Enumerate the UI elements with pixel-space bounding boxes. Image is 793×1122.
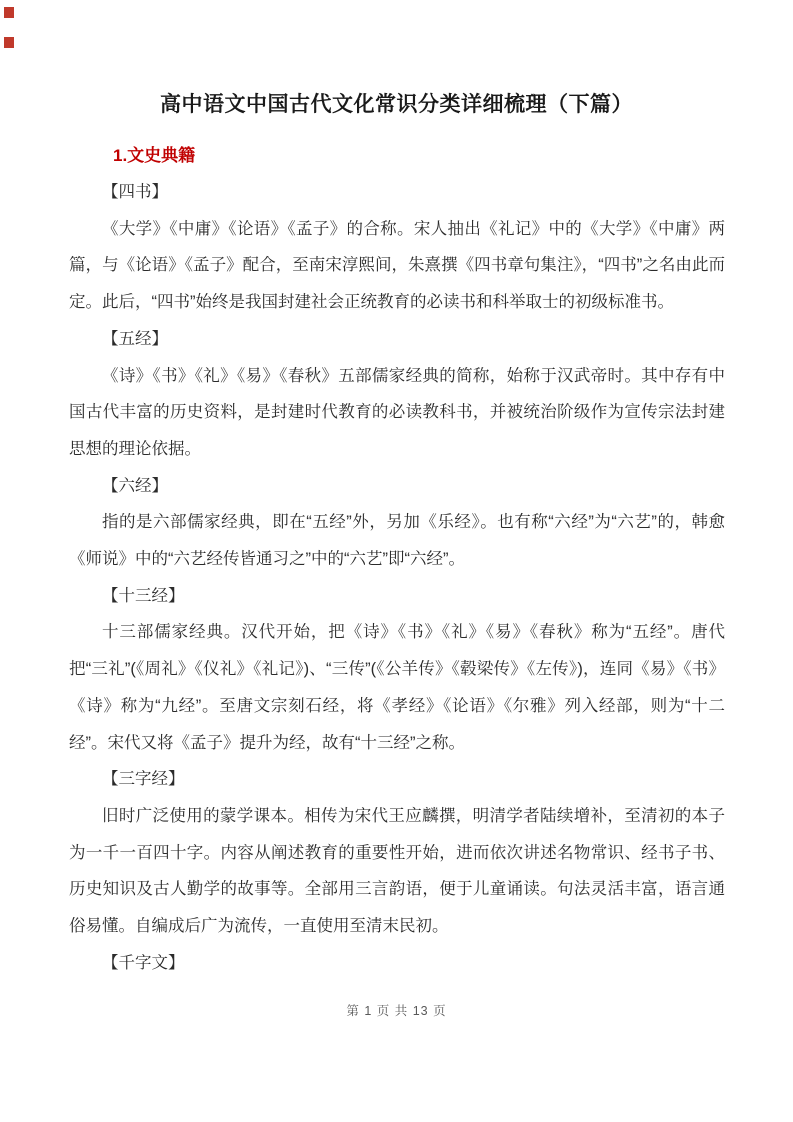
paragraph: 十三部儒家经典。汉代开始，把《诗》《书》《礼》《易》《春秋》称为“五经”。唐代把… — [69, 614, 725, 761]
term-heading: 【六经】 — [69, 468, 725, 505]
term-heading: 【千字文】 — [69, 945, 725, 982]
term-heading: 【三字经】 — [69, 761, 725, 798]
page-number-footer: 第 1 页 共 13 页 — [0, 1003, 793, 1020]
section-number-heading: 1.文史典籍 — [68, 145, 725, 167]
document-page: 高中语文中国古代文化常识分类详细梳理（下篇） 1.文史典籍 【四书】 《大学》《… — [0, 0, 793, 1122]
term-heading: 【十三经】 — [69, 578, 725, 615]
paragraph: 《大学》《中庸》《论语》《孟子》的合称。宋人抽出《礼记》中的《大学》《中庸》两篇… — [69, 211, 725, 321]
paragraph: 旧时广泛使用的蒙学课本。相传为宋代王应麟撰，明清学者陆续增补，至清初的本子为一千… — [69, 798, 725, 945]
page-title: 高中语文中国古代文化常识分类详细梳理（下篇） — [0, 0, 793, 120]
paragraph: 《诗》《书》《礼》《易》《春秋》五部儒家经典的简称，始称于汉武帝时。其中存有中国… — [69, 358, 725, 468]
red-corner-marker — [4, 37, 14, 48]
red-corner-marker — [4, 7, 14, 18]
term-heading: 【四书】 — [69, 174, 725, 211]
document-body: 【四书】 《大学》《中庸》《论语》《孟子》的合称。宋人抽出《礼记》中的《大学》《… — [69, 174, 725, 981]
paragraph: 指的是六部儒家经典，即在“五经”外，另加《乐经》。也有称“六经”为“六艺”的，韩… — [69, 504, 725, 577]
term-heading: 【五经】 — [69, 321, 725, 358]
